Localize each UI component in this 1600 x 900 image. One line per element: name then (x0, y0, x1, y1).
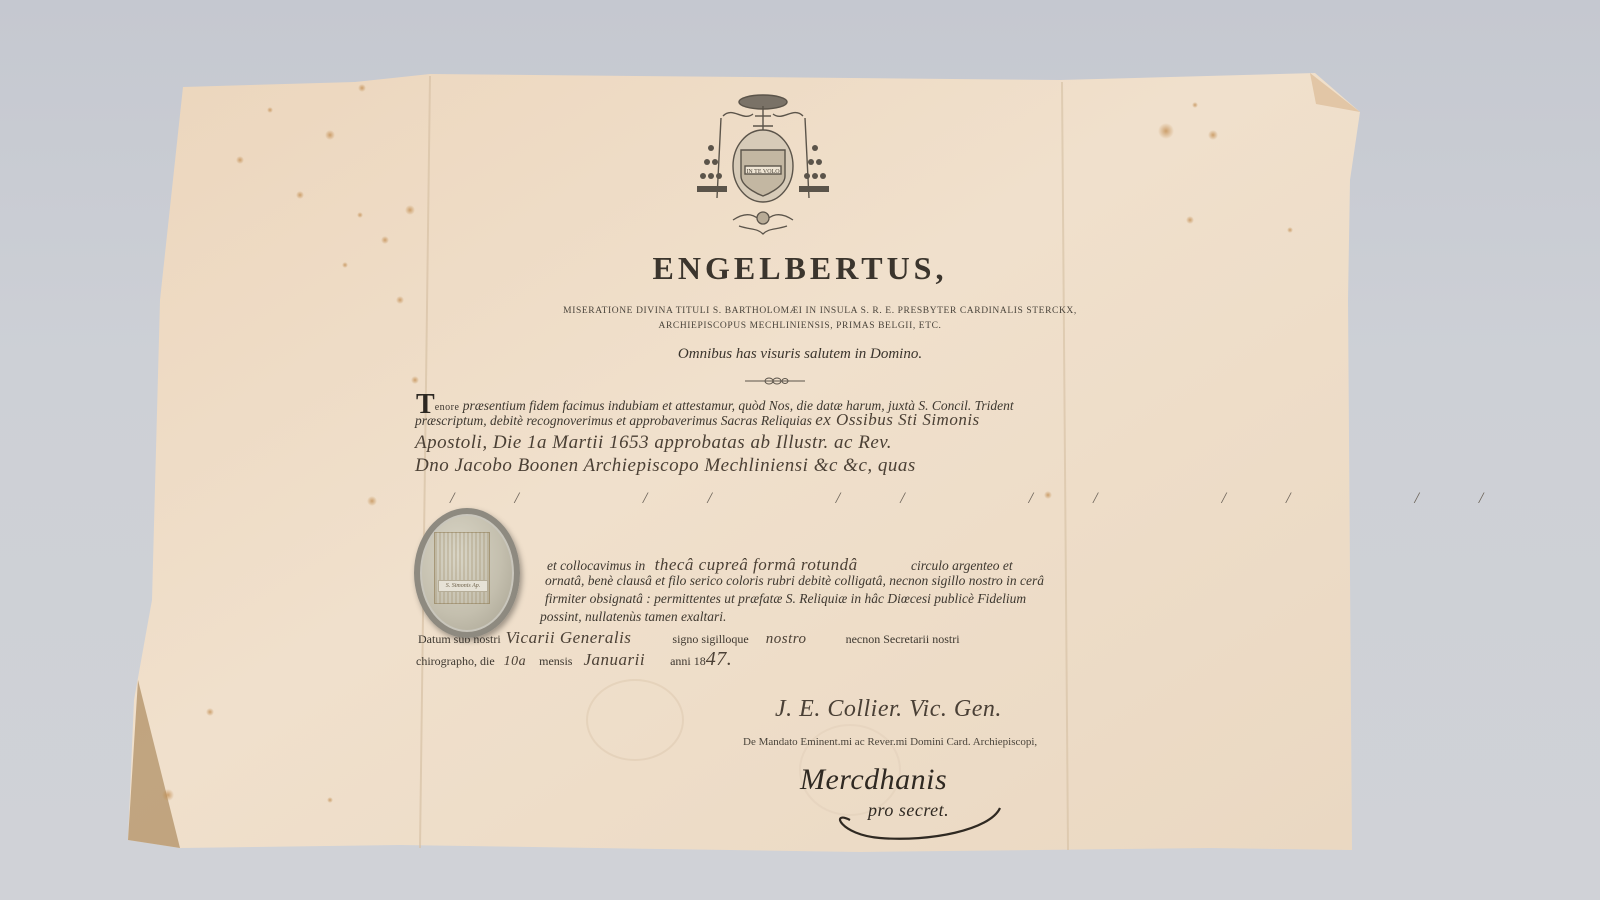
body-line-6: et collocavimus in thecâ cupreâ formâ ro… (547, 555, 1013, 575)
mandato-line: De Mandato Eminent.mi ac Rever.mi Domini… (743, 736, 1037, 748)
title-subtitle-line2: Archiepiscopus Mechliniensis, primas Bel… (0, 321, 1600, 331)
vicar-general-signature: J. E. Collier. Vic. Gen. (775, 696, 1002, 723)
salutation: Omnibus has visuris salutem in Domino. (0, 346, 1600, 363)
body-line-9: possint, nullatenùs tamen exaltari. (540, 609, 726, 625)
ornament-divider-icon (745, 373, 805, 383)
svg-text:IN TE VOLO: IN TE VOLO (746, 169, 780, 175)
secretary-title: pro secret. (868, 800, 949, 821)
body-line-10: Datum sub nostri Vicarii Generalis signo… (418, 628, 960, 648)
body-line-4-handwritten: Dno Jacobo Boonen Archiepiscopo Mechlini… (415, 455, 916, 477)
body-line-2: præscriptum, debitè recognoverimus et ap… (415, 410, 980, 430)
relic-display-icon (434, 532, 490, 604)
body-line-3-handwritten: Apostoli, Die 1a Martii 1653 approbatas … (415, 432, 892, 454)
document-title: ENGELBERTUS, (0, 250, 1600, 287)
secretary-signature: Mercdhanis (800, 763, 947, 797)
title-subtitle-line1: Miseratione divina tituli S. Bartholomæi… (0, 306, 1600, 316)
cardinal-coat-of-arms-icon: IN TE VOLO (693, 88, 833, 248)
relic-label: S. Simonis Ap. (438, 580, 488, 592)
body-line-8: firmiter obsignatâ : permittentes ut præ… (545, 591, 1026, 607)
body-line-11: chirographo, die 10a mensis Januarii ann… (416, 648, 732, 671)
body-line-7: ornatâ, benè clausâ et filo serico color… (545, 573, 1044, 589)
reliquary-locket: S. Simonis Ap. (414, 508, 520, 638)
ditto-marks: // // // // // // (450, 490, 1543, 508)
